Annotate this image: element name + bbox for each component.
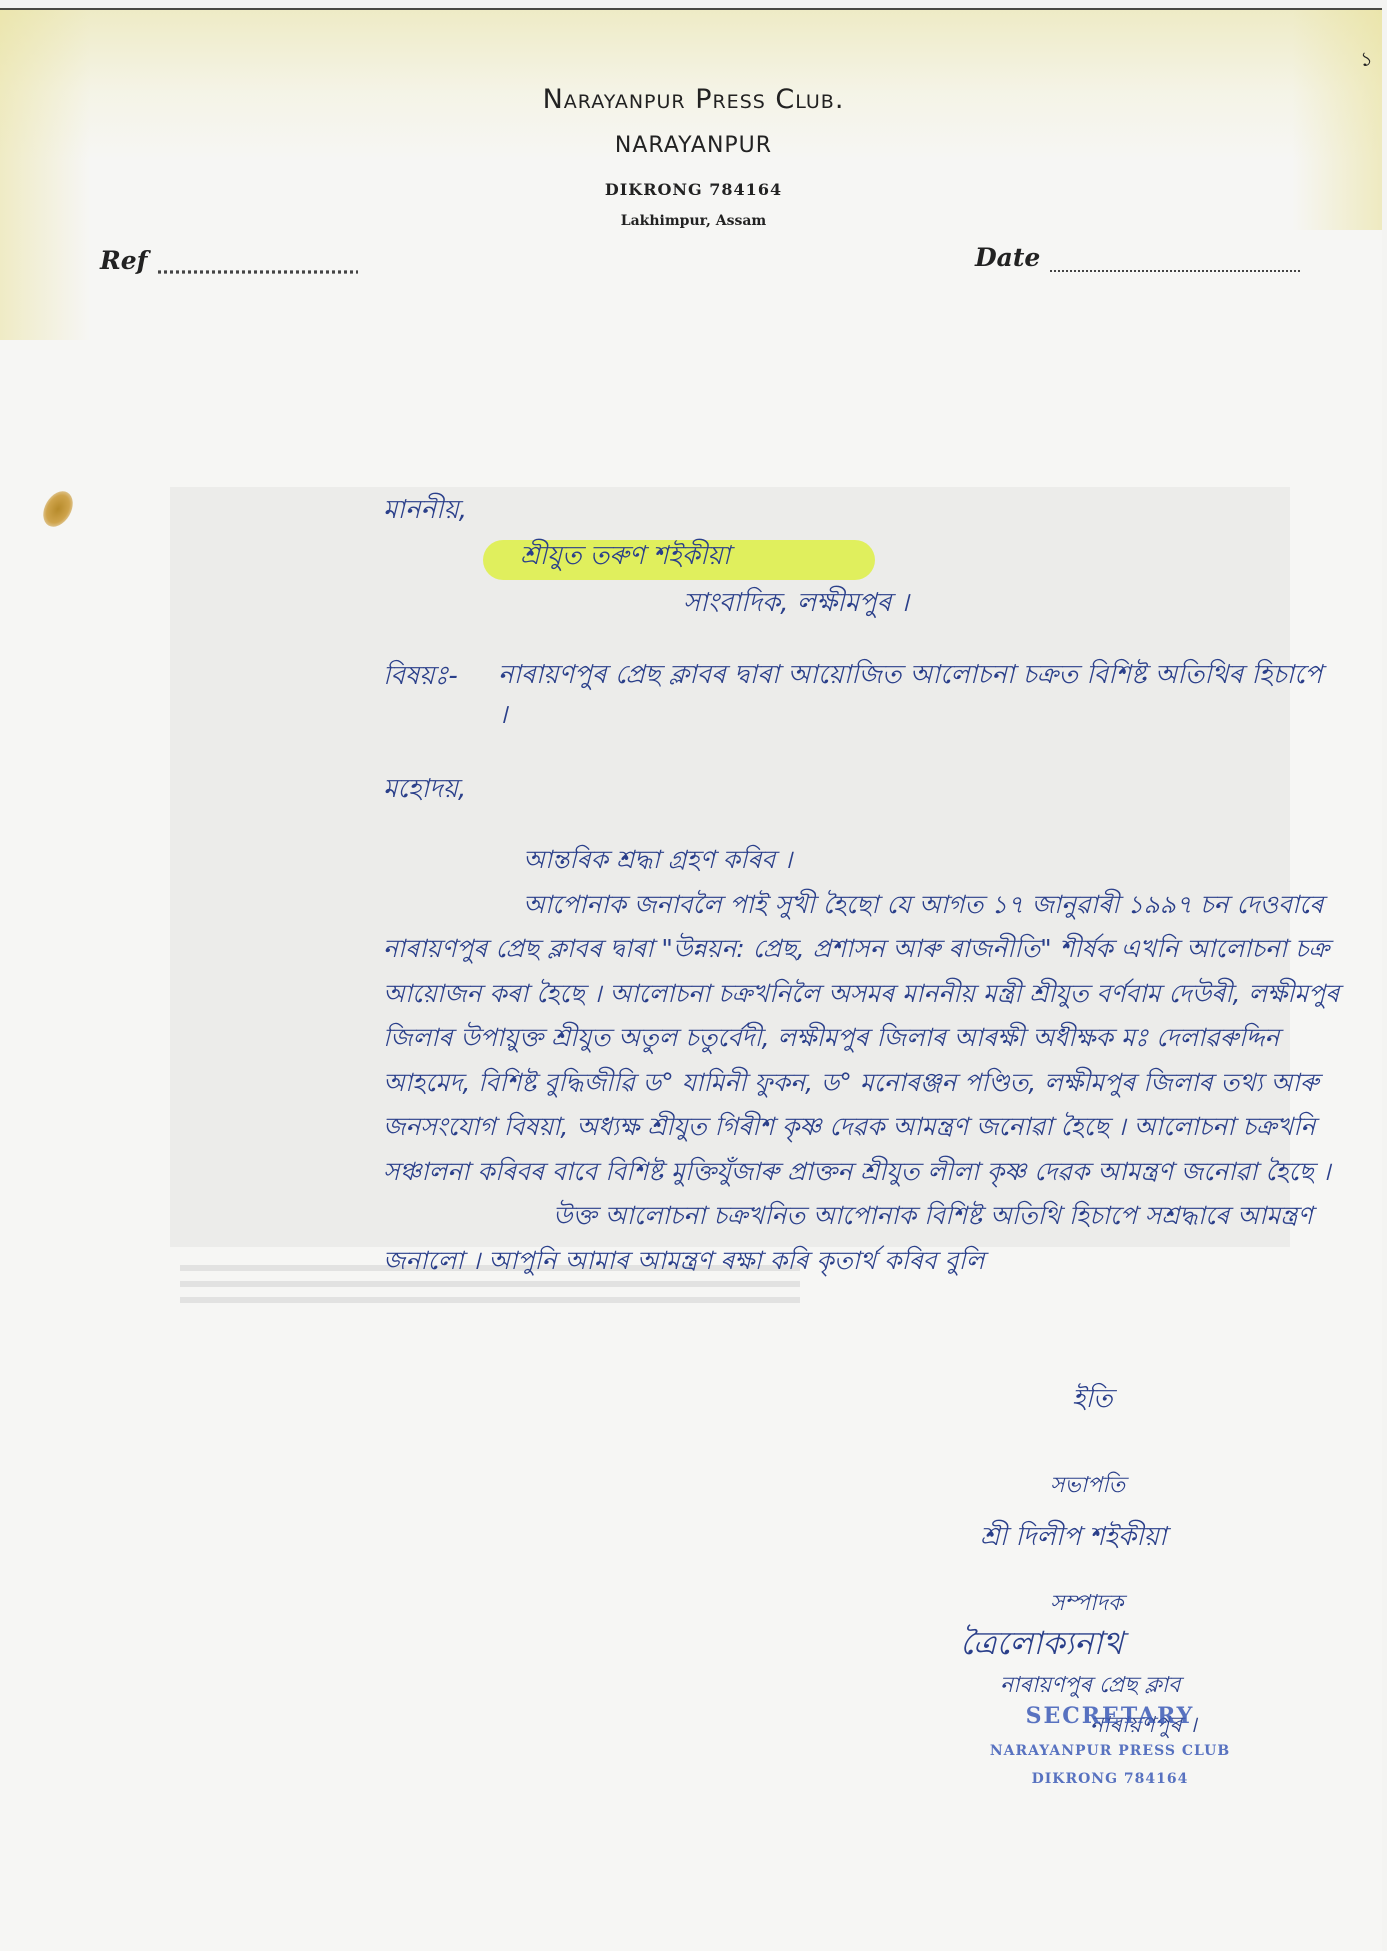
date-line [1050,270,1300,272]
salutation: মাননীয়, [383,489,467,533]
letterhead-district: Lakhimpur, Assam [0,213,1387,229]
page-number: ১ [1360,45,1373,78]
subject-text: নাৰায়ণপুৰ প্ৰেছ ক্লাবৰ দ্বাৰা আয়োজিত আ… [498,655,1328,735]
stamp-club: NARAYANPUR PRESS CLUB [960,1743,1260,1759]
secretary-signature: ত্ৰৈলোক্যনাথ [960,1618,1123,1672]
signature-club: নাৰায়ণপুৰ প্ৰেছ ক্লাব [1000,1668,1180,1705]
stamp-title: SECRETARY [960,1703,1260,1729]
stamp-pin: DIKRONG 784164 [960,1771,1260,1787]
recipient-role: সাংবাদিক, লক্ষীমপুৰ । [683,582,909,626]
secretary-stamp: SECRETARY NARAYANPUR PRESS CLUB DIKRONG … [960,1703,1260,1787]
body-paragraph: উক্ত আলোচনা চক্ৰখনিত আপোনাক বিশিষ্ট অতিথ… [383,1194,1368,1283]
paper-stain-left [0,10,90,340]
president-title: সভাপতি [1050,1468,1125,1505]
letterhead-pin: DIKRONG 784164 [0,180,1387,199]
body-paragraph: আন্তৰিক শ্ৰদ্ধা গ্ৰহণ কৰিব । [383,838,1368,883]
president-signature: শ্ৰী দিলীপ শইকীয়া [980,1516,1167,1560]
letterhead-title: Narayanpur Press Club. [0,84,1387,115]
body-paragraph: আপোনাক জনাবলৈ পাই সুখী হৈছো যে আগত ১৭ জা… [383,883,1368,1195]
greeting: মহোদয়, [383,768,466,812]
date-label: Date [975,243,1040,272]
closing: ইতি [1072,1378,1112,1422]
ref-label: Ref [100,246,147,275]
rust-spot [37,486,79,532]
letterhead-subtitle: NARAYANPUR [0,133,1387,158]
subject-label: বিষয়ঃ- [383,655,458,699]
letter-body: আন্তৰিক শ্ৰদ্ধা গ্ৰহণ কৰিব । আপোনাক জনাব… [383,838,1368,1283]
recipient-name: শ্ৰীযুত তৰুণ শইকীয়া [520,535,730,579]
